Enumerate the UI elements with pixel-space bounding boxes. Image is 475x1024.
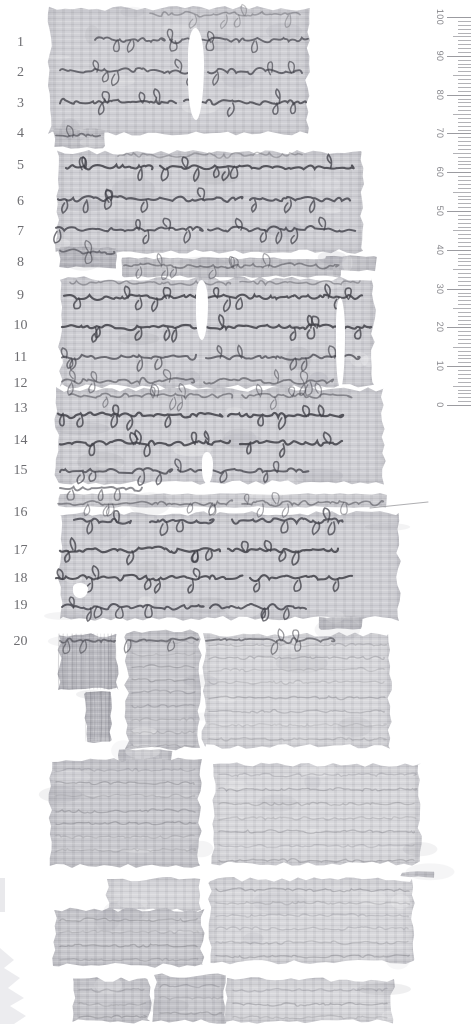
- ruler-tick-minor: [458, 110, 471, 111]
- ruler-tick-minor: [458, 71, 471, 72]
- line-number: 5: [4, 158, 37, 174]
- ruler-tick-minor: [458, 343, 471, 344]
- ruler-tick-minor: [458, 219, 471, 220]
- ruler-tick-minor: [458, 355, 471, 356]
- ruler-tick-minor: [458, 234, 471, 235]
- ruler-tick-minor: [458, 141, 471, 142]
- line-number: 12: [4, 376, 37, 392]
- ruler-tick-minor: [453, 308, 471, 309]
- ruler-tick-minor: [458, 83, 471, 84]
- ruler-tick-minor: [458, 285, 471, 286]
- papyrus-fragment: [52, 907, 205, 968]
- handwriting-line: [60, 487, 142, 491]
- scan-edge-artifact: [0, 945, 30, 1024]
- papyrus-fragment: [58, 493, 388, 508]
- ruler-tick-minor: [458, 118, 471, 119]
- ruler-tick-minor: [458, 188, 471, 189]
- papyrus-scan-plate: 1234567891011121314151617181920100908070…: [0, 0, 475, 1024]
- ruler-tick-major: [447, 95, 471, 96]
- ruler-label: 40: [433, 241, 447, 259]
- ruler-tick-minor: [458, 339, 471, 340]
- papyrus-fragment: [211, 762, 422, 866]
- ruler-tick-minor: [458, 351, 471, 352]
- ruler-tick-major: [447, 133, 471, 134]
- ruler-label: 20: [433, 318, 447, 336]
- ruler-tick-minor: [458, 242, 471, 243]
- papyrus-fragment: [152, 973, 227, 1024]
- ruler-tick-minor: [458, 320, 471, 321]
- line-number: 8: [4, 255, 37, 271]
- ruler-tick-minor: [458, 277, 471, 278]
- papyrus-fragment: [84, 690, 112, 744]
- papyrus-fragment: [317, 616, 363, 630]
- ruler-tick-minor: [458, 157, 471, 158]
- ruler-label: 100: [433, 8, 447, 26]
- line-number: 1: [4, 35, 37, 51]
- ruler-tick-minor: [458, 161, 471, 162]
- ruler-tick-minor: [458, 293, 471, 294]
- ruler-tick-minor: [458, 304, 471, 305]
- ruler-tick-minor: [458, 273, 471, 274]
- ruler-tick-minor: [458, 180, 471, 181]
- ruler-tick-minor: [458, 137, 471, 138]
- ruler-tick-minor: [458, 382, 471, 383]
- ruler-tick-minor: [458, 390, 471, 391]
- ruler-tick-minor: [458, 106, 471, 107]
- ruler-tick-minor: [458, 265, 471, 266]
- fiber-stripe: [58, 634, 59, 689]
- ruler-tick-minor: [453, 114, 471, 115]
- ruler-tick-minor: [458, 393, 471, 394]
- papyrus-fragment: [105, 877, 203, 913]
- ruler-tick-minor: [458, 238, 471, 239]
- ruler-label: 70: [433, 124, 447, 142]
- ruler-tick-minor: [453, 153, 471, 154]
- ruler-tick-major: [447, 366, 471, 367]
- papyrus-fragment: [58, 246, 118, 269]
- papyrus-fragment: [53, 128, 105, 149]
- papyrus-fragment: [48, 757, 202, 868]
- ruler-tick-minor: [453, 230, 471, 231]
- ruler-tick-minor: [458, 215, 471, 216]
- ruler-tick-minor: [458, 48, 471, 49]
- ruler-tick-minor: [458, 324, 471, 325]
- ruler-tick-minor: [458, 261, 471, 262]
- ruler-label: 80: [433, 86, 447, 104]
- ruler-tick-minor: [458, 370, 471, 371]
- ruler-tick-minor: [458, 254, 471, 255]
- papyrus-fragment: [120, 257, 342, 278]
- ruler-tick-minor: [458, 281, 471, 282]
- papyrus-fragment: [225, 977, 395, 1024]
- line-number: 11: [4, 350, 37, 366]
- papyrus-fragment: [400, 871, 436, 878]
- ruler-tick-minor: [458, 64, 471, 65]
- ruler-tick-minor: [453, 75, 471, 76]
- ruler-tick-minor: [453, 347, 471, 348]
- line-number: 13: [4, 401, 37, 417]
- ruler-tick-minor: [458, 374, 471, 375]
- ruler-tick-minor: [458, 246, 471, 247]
- ruler-tick-minor: [458, 331, 471, 332]
- ruler-tick-minor: [458, 25, 471, 26]
- line-number: 4: [4, 126, 37, 142]
- line-number: 3: [4, 96, 37, 112]
- ruler-tick-major: [447, 327, 471, 328]
- ruler-tick-minor: [458, 149, 471, 150]
- ruler-tick-minor: [458, 168, 471, 169]
- line-number: 9: [4, 288, 37, 304]
- line-number: 15: [4, 463, 37, 479]
- line-number: 18: [4, 571, 37, 587]
- papyrus-fragment: [324, 255, 377, 272]
- papyrus-fragment: [124, 629, 202, 751]
- ruler-tick-minor: [458, 203, 471, 204]
- ruler-tick-minor: [458, 145, 471, 146]
- ruler-tick-minor: [458, 122, 471, 123]
- ruler-tick-minor: [458, 21, 471, 22]
- ruler-tick-minor: [458, 164, 471, 165]
- ruler-tick-minor: [453, 36, 471, 37]
- ruler-tick-minor: [458, 184, 471, 185]
- papyrus-fragment: [58, 511, 401, 621]
- ruler-tick-major: [447, 250, 471, 251]
- ruler-tick-minor: [458, 33, 471, 34]
- papyrus-fragment: [47, 6, 310, 136]
- ruler-label: 60: [433, 163, 447, 181]
- ruler-tick-minor: [458, 316, 471, 317]
- line-number: 7: [4, 224, 37, 240]
- papyrus-fragment: [201, 632, 392, 749]
- ruler-tick-minor: [458, 60, 471, 61]
- ruler-tick-minor: [458, 207, 471, 208]
- ruler-tick-minor: [458, 176, 471, 177]
- ruler-tick-major: [447, 211, 471, 212]
- line-number: 17: [4, 543, 37, 559]
- line-number: 6: [4, 194, 37, 210]
- ruler-tick-minor: [458, 102, 471, 103]
- ruler-tick-minor: [458, 258, 471, 259]
- ruler-tick-major: [447, 172, 471, 173]
- ruler-tick-minor: [458, 397, 471, 398]
- ruler-tick-minor: [453, 192, 471, 193]
- ruler-label: 10: [433, 357, 447, 375]
- ruler-tick-minor: [458, 52, 471, 53]
- ruler-label: 0: [433, 396, 447, 414]
- papyrus-fragment: [58, 276, 376, 389]
- ruler-label: 90: [433, 47, 447, 65]
- ruler-tick-minor: [458, 130, 471, 131]
- ruler-tick-minor: [458, 44, 471, 45]
- ruler-tick-major: [447, 56, 471, 57]
- ruler-tick-minor: [458, 67, 471, 68]
- ruler-tick-minor: [458, 40, 471, 41]
- ruler-tick-major: [447, 405, 471, 406]
- ruler-tick-minor: [458, 335, 471, 336]
- papyrus-fragment: [55, 150, 365, 254]
- line-number: 14: [4, 433, 37, 449]
- ruler-tick-major: [447, 289, 471, 290]
- ruler-tick-minor: [458, 358, 471, 359]
- ruler-tick-minor: [458, 29, 471, 30]
- ruler-tick-minor: [458, 223, 471, 224]
- line-number: 20: [4, 634, 37, 650]
- ruler-tick-minor: [453, 269, 471, 270]
- ruler-tick-minor: [458, 99, 471, 100]
- scan-edge-sliver: [0, 878, 5, 912]
- papyrus-fragment: [57, 632, 119, 692]
- ruler-tick-minor: [458, 91, 471, 92]
- ruler-tick-minor: [458, 87, 471, 88]
- ruler-label: 30: [433, 280, 447, 298]
- ruler-tick-major: [447, 17, 471, 18]
- ruler-tick-minor: [458, 79, 471, 80]
- ruler-tick-minor: [458, 199, 471, 200]
- ruler-tick-minor: [458, 378, 471, 379]
- papyrus-fragment: [54, 387, 386, 485]
- line-number: 19: [4, 598, 37, 614]
- papyrus-fragment: [208, 877, 416, 965]
- ruler-tick-minor: [458, 362, 471, 363]
- line-number: 16: [4, 505, 37, 521]
- ruler-tick-minor: [458, 312, 471, 313]
- ruler-tick-minor: [458, 401, 471, 402]
- papyrus-fragment: [71, 977, 152, 1024]
- line-number: 2: [4, 65, 37, 81]
- ruler-tick-minor: [458, 126, 471, 127]
- ruler-tick-minor: [453, 386, 471, 387]
- line-number: 10: [4, 318, 37, 334]
- ruler-tick-minor: [458, 196, 471, 197]
- ruler-label: 50: [433, 202, 447, 220]
- ruler-tick-minor: [458, 296, 471, 297]
- ruler-tick-minor: [458, 300, 471, 301]
- ruler-tick-minor: [458, 227, 471, 228]
